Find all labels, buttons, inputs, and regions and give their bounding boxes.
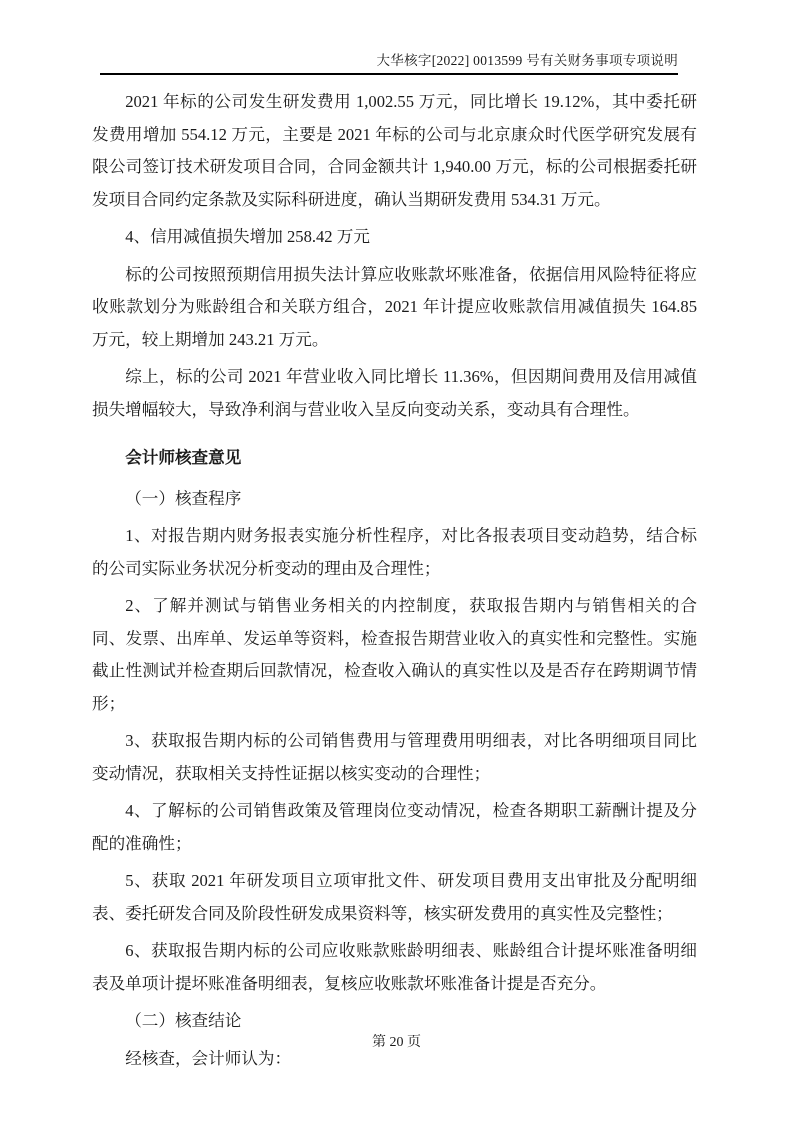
page-header: 大华核字[2022] 0013599 号有关财务事项专项说明: [100, 52, 678, 75]
paragraph: 综上，标的公司 2021 年营业收入同比增长 11.36%，但因期间费用及信用减…: [92, 361, 697, 426]
page-footer: 第 20 页: [0, 1033, 793, 1053]
paragraph: 4、信用减值损失增加 258.42 万元: [92, 221, 697, 254]
document-body: 2021 年标的公司发生研发费用 1,002.55 万元，同比增长 19.12%…: [92, 86, 697, 1080]
document-page: 大华核字[2022] 0013599 号有关财务事项专项说明 2021 年标的公…: [0, 0, 793, 1122]
paragraph: 标的公司按照预期信用损失法计算应收账款坏账准备，依据信用风险特征将应收账款划分为…: [92, 259, 697, 357]
paragraph: 5、获取 2021 年研发项目立项审批文件、研发项目费用支出审批及分配明细表、委…: [92, 865, 697, 930]
paragraph: 2、了解并测试与销售业务相关的内控制度，获取报告期内与销售相关的合同、发票、出库…: [92, 590, 697, 720]
paragraph: 2021 年标的公司发生研发费用 1,002.55 万元，同比增长 19.12%…: [92, 86, 697, 216]
paragraph: 4、了解标的公司销售政策及管理岗位变动情况，检查各期职工薪酬计提及分配的准确性；: [92, 795, 697, 860]
page-number: 第 20 页: [372, 1035, 421, 1050]
paragraph: （一）核查程序: [92, 483, 697, 516]
section-heading: 会计师核查意见: [92, 442, 697, 475]
paragraph: 1、对报告期内财务报表实施分析性程序，对比各报表项目变动趋势，结合标的公司实际业…: [92, 520, 697, 585]
header-title: 大华核字[2022] 0013599 号有关财务事项专项说明: [377, 53, 679, 68]
paragraph: 6、获取报告期内标的公司应收账款账龄明细表、账龄组合计提坏账准备明细表及单项计提…: [92, 935, 697, 1000]
paragraph: 3、获取报告期内标的公司销售费用与管理费用明细表，对比各明细项目同比变动情况，获…: [92, 725, 697, 790]
